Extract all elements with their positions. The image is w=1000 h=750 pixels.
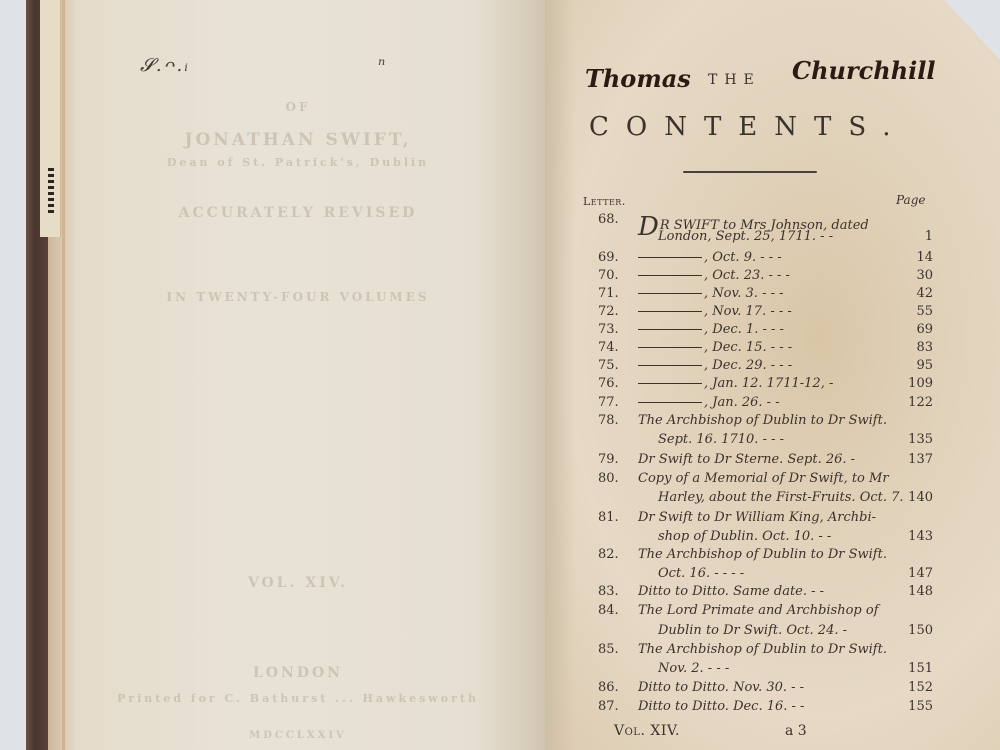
letter-number: 73. xyxy=(598,322,619,337)
toc-entry: 75. , Dec. 29. - - - 95 xyxy=(598,358,933,376)
ditto-dash xyxy=(638,347,702,348)
letter-number: 81. xyxy=(598,510,619,525)
letter-number: 82. xyxy=(598,547,619,562)
toc-entry-continuation: Oct. 16. - - - - 147 xyxy=(598,566,933,584)
entry-line: , Dec. 29. - - - xyxy=(704,358,792,373)
letter-number: 83. xyxy=(598,584,619,599)
toc-entry: 77. , Jan. 26. - - 122 xyxy=(598,395,933,413)
page-number: 55 xyxy=(916,304,933,319)
entry-line: Dr Swift to Dr William King, Archbi- xyxy=(638,510,876,525)
toc-entry: 79. Dr Swift to Dr Sterne. Sept. 26. - 1… xyxy=(598,452,933,470)
entry-line: , Oct. 23. - - - xyxy=(704,268,790,283)
toc-entry: 73. , Dec. 1. - - - 69 xyxy=(598,322,933,340)
ink-bleed-signature: ⁿ xyxy=(378,55,387,75)
entry-text: , Jan. 12. 1711-12, - xyxy=(638,376,833,391)
left-page: 𝓢.ᴖ.ᵢ ⁿ OF JONATHAN SWIFT, Dean of St. P… xyxy=(48,0,548,750)
entry-text: , Nov. 17. - - - xyxy=(638,304,792,319)
entry-line: , Nov. 17. - - - xyxy=(704,304,792,319)
letter-number: 76. xyxy=(598,376,619,391)
entry-line: Nov. 2. - - - xyxy=(658,661,729,676)
page-number: 30 xyxy=(916,268,933,283)
ink-bleed-signature: 𝓢.ᴖ.ᵢ xyxy=(140,55,190,75)
ghost-text: OF xyxy=(48,100,548,114)
entry-line: Ditto to Ditto. Dec. 16. - - xyxy=(638,699,804,714)
ghost-text: JONATHAN SWIFT, xyxy=(48,130,548,150)
letter-number: 75. xyxy=(598,358,619,373)
entry-text: , Nov. 3. - - - xyxy=(638,286,784,301)
page-number: 147 xyxy=(908,566,933,581)
toc-entry-continuation: Nov. 2. - - - 151 xyxy=(598,661,933,679)
toc-entry-continuation: Harley, about the First-Fruits. Oct. 7. … xyxy=(598,490,933,508)
ditto-dash xyxy=(638,257,702,258)
entry-line: Dublin to Dr Swift. Oct. 24. - xyxy=(658,623,847,638)
toc-entry: 84. The Lord Primate and Archbishop of xyxy=(598,603,933,621)
entry-line: Harley, about the First-Fruits. Oct. 7. xyxy=(658,490,904,505)
page-number: 137 xyxy=(908,452,933,467)
entry-text: , Dec. 29. - - - xyxy=(638,358,792,373)
ditto-dash xyxy=(638,311,702,312)
ghost-text: Printed for C. Bathurst ... Hawkesworth xyxy=(48,692,548,705)
entry-line: shop of Dublin. Oct. 10. - - xyxy=(658,529,831,544)
page-number: 135 xyxy=(908,432,933,447)
ditto-dash xyxy=(638,402,702,403)
ditto-dash xyxy=(638,293,702,294)
toc-entry: 87. Ditto to Ditto. Dec. 16. - - 155 xyxy=(598,699,933,717)
entry-text: , Jan. 26. - - xyxy=(638,395,780,410)
handwritten-name-first: Thomas xyxy=(585,64,691,93)
page-gutter-shadow xyxy=(545,0,575,750)
ghost-text: LONDON xyxy=(48,665,548,681)
page-title: CONTENTS. xyxy=(589,112,908,142)
entry-line: Ditto to Ditto. Same date. - - xyxy=(638,584,824,599)
page-number: 140 xyxy=(908,490,933,505)
toc-entry: 72. , Nov. 17. - - - 55 xyxy=(598,304,933,322)
signature-mark: a 3 xyxy=(785,723,807,739)
toc-entry: 71. , Nov. 3. - - - 42 xyxy=(598,286,933,304)
entry-line: , Nov. 3. - - - xyxy=(704,286,784,301)
page-number: 151 xyxy=(908,661,933,676)
page-number: 69 xyxy=(916,322,933,337)
toc-entry-continuation: Sept. 16. 1710. - - - 135 xyxy=(598,432,933,450)
page-number: 14 xyxy=(916,250,933,265)
entry-line: , Oct. 9. - - - xyxy=(704,250,782,265)
ghost-text: VOL. XIV. xyxy=(48,575,548,591)
toc-entry: 68. DR SWIFT to Mrs Johnson, dated xyxy=(598,212,933,230)
letter-number: 74. xyxy=(598,340,619,355)
letter-number: 87. xyxy=(598,699,619,714)
handwritten-name-last: Churchhill xyxy=(792,56,936,85)
letter-number: 80. xyxy=(598,471,619,486)
page-number: 95 xyxy=(916,358,933,373)
entry-line: , Dec. 1. - - - xyxy=(704,322,784,337)
ghost-text: Dean of St. Patrick's, Dublin xyxy=(48,156,548,169)
letter-number: 72. xyxy=(598,304,619,319)
entry-line: The Archbishop of Dublin to Dr Swift. xyxy=(638,547,887,562)
entry-line: Sept. 16. 1710. - - - xyxy=(658,432,784,447)
page-number: 122 xyxy=(908,395,933,410)
volume-label: Vol. XIV. xyxy=(614,723,680,739)
entry-text: , Oct. 23. - - - xyxy=(638,268,790,283)
toc-entry: 85. The Archbishop of Dublin to Dr Swift… xyxy=(598,642,933,660)
ditto-dash xyxy=(638,383,702,384)
letter-number: 78. xyxy=(598,413,619,428)
entry-line: , Dec. 15. - - - xyxy=(704,340,792,355)
letter-number: 85. xyxy=(598,642,619,657)
page-number: 155 xyxy=(908,699,933,714)
column-header-page: Page xyxy=(896,193,925,207)
entry-line: Dr Swift to Dr Sterne. Sept. 26. - xyxy=(638,452,855,467)
toc-entry: 83. Ditto to Ditto. Same date. - - 148 xyxy=(598,584,933,602)
entry-text: , Oct. 9. - - - xyxy=(638,250,782,265)
toc-entry-continuation: shop of Dublin. Oct. 10. - - 143 xyxy=(598,529,933,547)
toc-entry: 82. The Archbishop of Dublin to Dr Swift… xyxy=(598,547,933,565)
toc-entry: 81. Dr Swift to Dr William King, Archbi- xyxy=(598,510,933,528)
page-corner-background xyxy=(920,0,1000,60)
toc-entry: 80. Copy of a Memorial of Dr Swift, to M… xyxy=(598,471,933,489)
toc-entry: 78. The Archbishop of Dublin to Dr Swift… xyxy=(598,413,933,431)
page-number: 109 xyxy=(908,376,933,391)
ghost-text: IN TWENTY-FOUR VOLUMES xyxy=(48,290,548,304)
letter-number: 71. xyxy=(598,286,619,301)
entry-line: The Archbishop of Dublin to Dr Swift. xyxy=(638,413,887,428)
page-number: 1 xyxy=(925,229,933,244)
letter-number: 68. xyxy=(598,212,619,227)
entry-line: Oct. 16. - - - - xyxy=(658,566,744,581)
column-header-letter: Letter. xyxy=(583,195,626,208)
entry-text: , Dec. 1. - - - xyxy=(638,322,784,337)
toc-entry: 70. , Oct. 23. - - - 30 xyxy=(598,268,933,286)
ditto-dash xyxy=(638,275,702,276)
letter-number: 79. xyxy=(598,452,619,467)
ghost-text: ACCURATELY REVISED xyxy=(48,205,548,221)
page-number: 83 xyxy=(916,340,933,355)
heading-the: THE xyxy=(708,72,761,88)
page-number: 42 xyxy=(916,286,933,301)
toc-entry: 86. Ditto to Ditto. Nov. 30. - - 152 xyxy=(598,680,933,698)
entry-line: The Lord Primate and Archbishop of xyxy=(638,603,879,618)
page-number: 150 xyxy=(908,623,933,638)
entry-line: The Archbishop of Dublin to Dr Swift. xyxy=(638,642,887,657)
page-number: 148 xyxy=(908,584,933,599)
letter-number: 70. xyxy=(598,268,619,283)
letter-number: 86. xyxy=(598,680,619,695)
entry-line: London, Sept. 25, 1711. - - xyxy=(658,229,833,244)
toc-entry-continuation: London, Sept. 25, 1711. - - 1 xyxy=(598,229,933,247)
entry-line: , Jan. 12. 1711-12, - xyxy=(704,376,833,391)
entry-line: , Jan. 26. - - xyxy=(704,395,780,410)
entry-text: , Dec. 15. - - - xyxy=(638,340,792,355)
toc-entry: 76. , Jan. 12. 1711-12, - 109 xyxy=(598,376,933,394)
entry-line: Ditto to Ditto. Nov. 30. - - xyxy=(638,680,804,695)
ditto-dash xyxy=(638,329,702,330)
ornamental-rule xyxy=(683,171,817,173)
toc-entry-continuation: Dublin to Dr Swift. Oct. 24. - 150 xyxy=(598,623,933,641)
toc-entry: 69. , Oct. 9. - - - 14 xyxy=(598,250,933,268)
letter-number: 69. xyxy=(598,250,619,265)
page-number: 152 xyxy=(908,680,933,695)
bookmark-tab-writing xyxy=(48,168,54,216)
ghost-text: MDCCLXXIV xyxy=(48,730,548,741)
entry-line: Copy of a Memorial of Dr Swift, to Mr xyxy=(638,471,889,486)
letter-number: 77. xyxy=(598,395,619,410)
ditto-dash xyxy=(638,365,702,366)
page-number: 143 xyxy=(908,529,933,544)
letter-number: 84. xyxy=(598,603,619,618)
toc-entry: 74. , Dec. 15. - - - 83 xyxy=(598,340,933,358)
